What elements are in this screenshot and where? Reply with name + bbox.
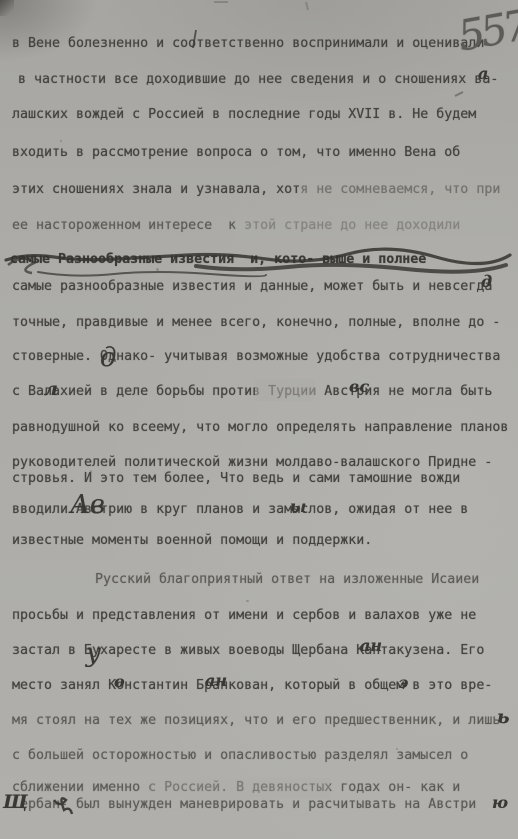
typed-line-struck-out: самые Разнообразные известия и, кото- вы… — [10, 252, 426, 267]
paper-speck — [396, 748, 398, 750]
handwritten-correction: л — [44, 380, 58, 399]
typed-line: мя стоял на тех же позициях, что и его п… — [12, 713, 500, 728]
typed-line: в Вене болезненно и соответственно воспр… — [12, 36, 484, 51]
handwritten-correction: Ав — [70, 492, 105, 518]
handwritten-correction: о — [114, 674, 125, 690]
handwritten-correction: д — [100, 345, 116, 371]
handwritten-correction: ы — [290, 499, 306, 515]
typed-line: стоверные. Однако- учитывая возможные уд… — [12, 349, 500, 364]
typed-line: этих сношениях знала и узнавала, хотя не… — [12, 182, 500, 197]
typed-line: руководителей политической жизни молдаво… — [12, 455, 492, 470]
typed-line: с Валахией в деле борьбы против Турции А… — [12, 384, 492, 399]
scanned-typewritten-page: в Вене болезненно и соответственно воспр… — [0, 0, 518, 839]
typed-line: известные моменты военной помощи и подде… — [12, 533, 372, 548]
typed-line: точные, правдивые и менее всего, конечно… — [12, 315, 500, 330]
typed-line: застал в Бухаресте в живых воеводы Щерба… — [12, 643, 484, 658]
handwritten-correction: у — [86, 640, 101, 666]
typed-line: в частности все доходившие до нее сведен… — [18, 72, 498, 87]
paper-speck — [156, 268, 159, 271]
handwritten-correction: э — [398, 675, 408, 691]
handwritten-correction: ан — [205, 673, 227, 689]
handwritten-correction: ь — [497, 708, 510, 727]
scan-corner-shadow — [0, 0, 14, 16]
handwritten-correction: Щ — [3, 793, 28, 812]
typed-line: самые разнообразные известия и данные, м… — [12, 279, 492, 294]
paper-speck — [60, 140, 62, 142]
typed-line: ее настороженном интересе к этой стране … — [12, 218, 460, 233]
handwritten-page-number: 557 — [454, 0, 518, 60]
typed-line: лашских вождей с Россией в последние год… — [12, 107, 476, 122]
paper-speck — [90, 470, 92, 473]
paper-speck — [246, 600, 249, 602]
paper-speck — [430, 284, 432, 286]
handwritten-correction: д — [481, 274, 492, 290]
typed-line: входить в рассмотрение вопроса о том, чт… — [12, 145, 460, 160]
handwritten-correction: вс — [349, 379, 369, 395]
typed-line: равнодушной ко всеему, что могло определ… — [12, 420, 508, 435]
typed-line-paragraph-start: Русский благоприятный ответ на изложенны… — [95, 572, 479, 587]
typed-line: с большей осторожностью и опасливостью р… — [12, 748, 468, 763]
typed-line: стровья. И это тем более, Что ведь и сам… — [12, 471, 460, 486]
handwritten-correction: ан — [360, 638, 382, 654]
typed-line: место занял Константин Бранкован, которы… — [12, 678, 492, 693]
typed-line: ербан- был вынужден маневрировать и расч… — [20, 797, 476, 812]
typed-line: сближении именно с Россией. В девяностых… — [12, 780, 460, 795]
handwritten-correction: ю — [492, 795, 508, 811]
typed-line: просьбы и представления от имени и сербо… — [12, 608, 476, 623]
handwritten-correction: а — [478, 66, 488, 82]
